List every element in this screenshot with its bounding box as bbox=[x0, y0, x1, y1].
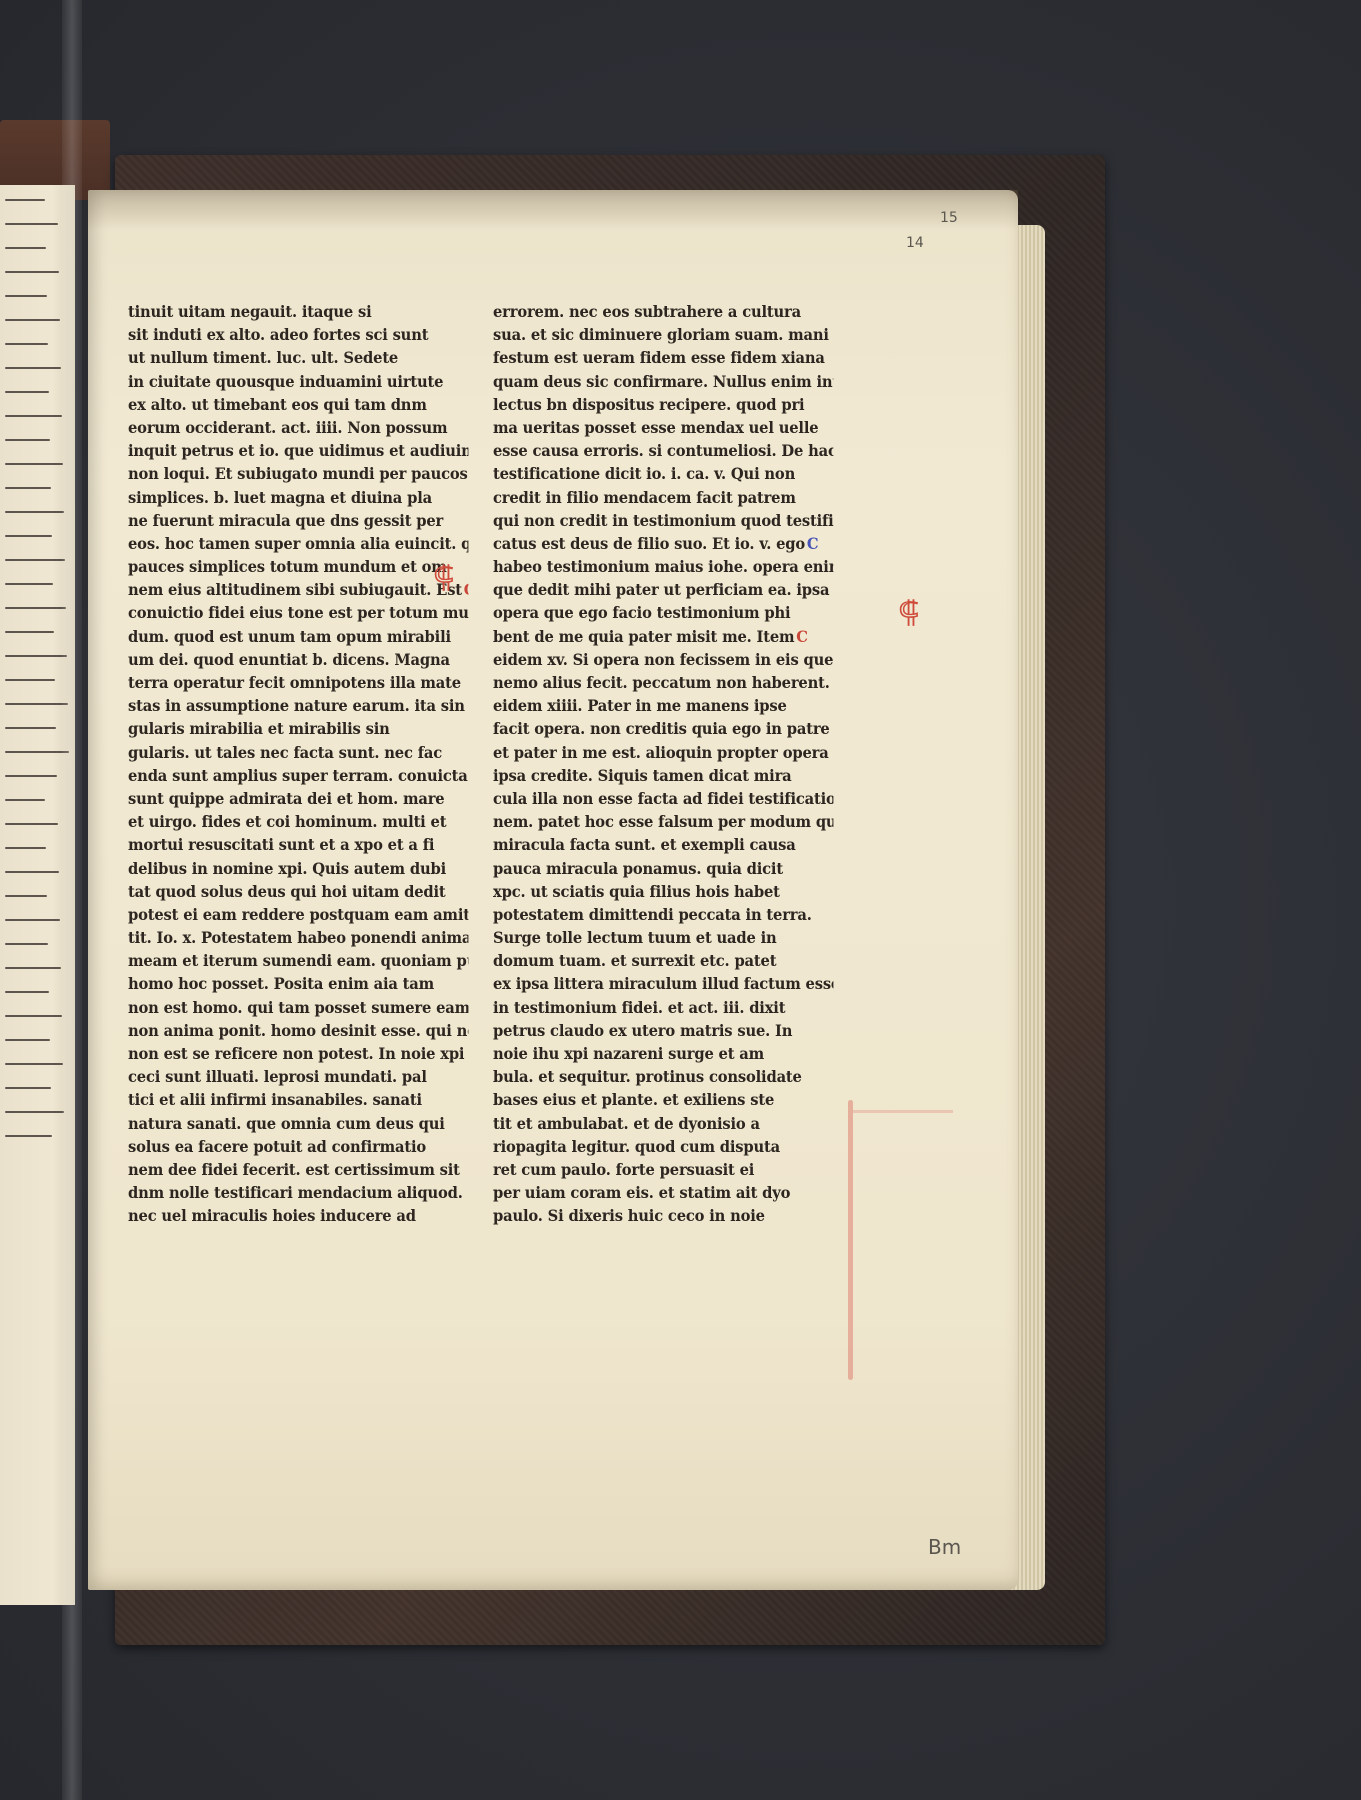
facing-page-text-line bbox=[5, 607, 66, 609]
text-line: opera que ego facio testimonium phi bbox=[493, 601, 833, 624]
facing-page-text-line bbox=[5, 871, 59, 873]
paragraph-initial-blue: C bbox=[805, 532, 820, 555]
text-line: riopagita legitur. quod cum disputa bbox=[493, 1135, 833, 1158]
facing-page-text-line bbox=[5, 895, 47, 897]
text-line: nemo alius fecit. peccatum non haberent.… bbox=[493, 671, 833, 694]
text-line: eos. hoc tamen super omnia alia euincit.… bbox=[128, 532, 468, 555]
text-line: solus ea facere potuit ad confirmatio bbox=[128, 1135, 468, 1158]
text-line: sua. et sic diminuere gloriam suam. mani bbox=[493, 323, 833, 346]
text-line: habeo testimonium maius iohe. opera enim bbox=[493, 555, 833, 578]
paragraph-initial-red: C bbox=[462, 578, 468, 601]
text-line: dnm nolle testificari mendacium aliquod. bbox=[128, 1181, 468, 1204]
glass-plate-edge bbox=[62, 0, 82, 1800]
text-line: noie ihu xpi nazareni surge et am bbox=[493, 1042, 833, 1065]
text-line: um dei. quod enuntiat b. dicens. Magna bbox=[128, 648, 468, 671]
text-line: nem. patet hoc esse falsum per modum quo bbox=[493, 810, 833, 833]
text-line: tat quod solus deus qui hoi uitam dedit bbox=[128, 880, 468, 903]
text-line: xpc. ut sciatis quia filius hois habet bbox=[493, 880, 833, 903]
text-line: pauces simplices totum mundum et om bbox=[128, 555, 468, 578]
facing-page-text-line bbox=[5, 439, 50, 441]
text-line: tici et alii infirmi insanabiles. sanati bbox=[128, 1088, 468, 1111]
paragraph-initial-red: C bbox=[794, 625, 809, 648]
text-line: in ciuitate quousque induamini uirtute bbox=[128, 370, 468, 393]
facing-page-text-line bbox=[5, 943, 48, 945]
facing-page-text-line bbox=[5, 991, 49, 993]
facing-page-text-line bbox=[5, 775, 57, 777]
facing-page-text-line bbox=[5, 631, 54, 633]
text-line: ma ueritas posset esse mendax uel uelle bbox=[493, 416, 833, 439]
right-text-column: errorem. nec eos subtrahere a culturasua… bbox=[493, 300, 863, 1228]
facing-page-text-line bbox=[5, 487, 51, 489]
text-line: natura sanati. que omnia cum deus qui bbox=[128, 1112, 468, 1135]
facing-page-text-line bbox=[5, 823, 58, 825]
text-line: non est se reficere non potest. In noie … bbox=[128, 1042, 468, 1065]
text-line: quam deus sic confirmare. Nullus enim in… bbox=[493, 370, 833, 393]
folio-number-upper: 15 bbox=[940, 210, 958, 226]
text-line: credit in filio mendacem facit patrem bbox=[493, 486, 833, 509]
text-line: que dedit mihi pater ut perficiam ea. ip… bbox=[493, 578, 833, 601]
text-line: tit. Io. x. Potestatem habeo ponendi ani… bbox=[128, 926, 468, 949]
text-line: facit opera. non creditis quia ego in pa… bbox=[493, 717, 833, 740]
text-line: pauca miracula ponamus. quia dicit bbox=[493, 857, 833, 880]
text-line: eidem xiiii. Pater in me manens ipse bbox=[493, 694, 833, 717]
text-line: ipsa credite. Siquis tamen dicat mira bbox=[493, 764, 833, 787]
text-line: bent de me quia pater misit me. ItemC bbox=[493, 625, 833, 648]
facing-page-text-line bbox=[5, 343, 48, 345]
facing-page-text-line bbox=[5, 223, 58, 225]
text-line: inquit petrus et io. que uidimus et audi… bbox=[128, 439, 468, 462]
facing-page-text-line bbox=[5, 967, 61, 969]
text-line: ex ipsa littera miraculum illud factum e… bbox=[493, 972, 833, 995]
facing-page-text-line bbox=[5, 271, 59, 273]
text-line: tit et ambulabat. et de dyonisio a bbox=[493, 1112, 833, 1135]
facing-page-text-line bbox=[5, 751, 69, 753]
text-line: catus est deus de filio suo. Et io. v. e… bbox=[493, 532, 833, 555]
shelf-mark: Bm bbox=[928, 1535, 961, 1559]
text-line: ceci sunt illuati. leprosi mundati. pal bbox=[128, 1065, 468, 1088]
text-line-content: bent de me quia pater misit me. Item bbox=[493, 627, 794, 646]
text-line: enda sunt amplius super terram. conuicta bbox=[128, 764, 468, 787]
text-line: eorum occiderant. act. iiii. Non possum bbox=[128, 416, 468, 439]
facing-page-text-line bbox=[5, 295, 47, 297]
text-line: Surge tolle lectum tuum et uade in bbox=[493, 926, 833, 949]
text-line: per uiam coram eis. et statim ait dyo bbox=[493, 1181, 833, 1204]
facing-page-text-line bbox=[5, 727, 56, 729]
text-line: domum tuam. et surrexit etc. patet bbox=[493, 949, 833, 972]
text-line: dum. quod est unum tam opum mirabili bbox=[128, 625, 468, 648]
text-line: miracula facta sunt. et exempli causa bbox=[493, 833, 833, 856]
text-line: tinuit uitam negauit. itaque si bbox=[128, 300, 468, 323]
text-line: potest ei eam reddere postquam eam amit bbox=[128, 903, 468, 926]
facing-page-text-line bbox=[5, 1111, 64, 1113]
text-line: potestatem dimittendi peccata in terra. bbox=[493, 903, 833, 926]
text-line: non anima ponit. homo desinit esse. qui … bbox=[128, 1019, 468, 1042]
text-line: gularis mirabilia et mirabilis sin bbox=[128, 717, 468, 740]
red-guide-stroke bbox=[848, 1100, 853, 1380]
text-line: conuictio fidei eius tone est per totum … bbox=[128, 601, 468, 624]
facing-page-text-line bbox=[5, 391, 49, 393]
facing-page-text-line bbox=[5, 319, 60, 321]
facing-page-text-line bbox=[5, 535, 52, 537]
facing-page-text-line bbox=[5, 583, 53, 585]
facing-page-text-line bbox=[5, 799, 45, 801]
facing-page-text-line bbox=[5, 1015, 62, 1017]
text-line: mortui resuscitati sunt et a xpo et a fi bbox=[128, 833, 468, 856]
text-line: nec uel miraculis hoies inducere ad bbox=[128, 1204, 468, 1227]
text-line: simplices. b. luet magna et diuina pla bbox=[128, 486, 468, 509]
text-line-content: nem eius altitudinem sibi subiugauit. Es… bbox=[128, 580, 462, 599]
facing-page-text-line bbox=[5, 1135, 52, 1137]
red-flourish-right: ⸿ bbox=[898, 590, 919, 631]
text-line: in testimonium fidei. et act. iii. dixit bbox=[493, 996, 833, 1019]
red-guide-stroke-horizontal bbox=[853, 1110, 953, 1113]
left-text-column: tinuit uitam negauit. itaque sisit indut… bbox=[128, 300, 498, 1228]
facing-page-text-line bbox=[5, 1087, 51, 1089]
text-line: ut nullum timent. luc. ult. Sedete bbox=[128, 346, 468, 369]
text-line: sunt quippe admirata dei et hom. mare bbox=[128, 787, 468, 810]
text-line: et uirgo. fides et coi hominum. multi et bbox=[128, 810, 468, 833]
text-line: ex alto. ut timebant eos qui tam dnm bbox=[128, 393, 468, 416]
manuscript-page: 15 14 Bm tinuit uitam negauit. itaque si… bbox=[88, 190, 1018, 1590]
text-line-content: catus est deus de filio suo. Et io. v. e… bbox=[493, 534, 805, 553]
text-line: festum est ueram fidem esse fidem xiana bbox=[493, 346, 833, 369]
facing-page-text-line bbox=[5, 415, 62, 417]
text-line: nem dee fidei fecerit. est certissimum s… bbox=[128, 1158, 468, 1181]
text-line: petrus claudo ex utero matris sue. In bbox=[493, 1019, 833, 1042]
facing-page-text-line bbox=[5, 679, 55, 681]
text-line: non loqui. Et subiugato mundi per paucos bbox=[128, 462, 468, 485]
text-line: paulo. Si dixeris huic ceco in noie bbox=[493, 1204, 833, 1227]
facing-page-text-line bbox=[5, 199, 45, 201]
facing-page-text-line bbox=[5, 703, 68, 705]
facing-page-text-line bbox=[5, 655, 67, 657]
text-line: ret cum paulo. forte persuasit ei bbox=[493, 1158, 833, 1181]
facing-page-text-line bbox=[5, 847, 46, 849]
text-line: lectus bn dispositus recipere. quod pri bbox=[493, 393, 833, 416]
facing-page-text-line bbox=[5, 511, 64, 513]
text-line: non est homo. qui tam posset sumere eam bbox=[128, 996, 468, 1019]
text-line: meam et iterum sumendi eam. quoniam pure bbox=[128, 949, 468, 972]
text-line: nem eius altitudinem sibi subiugauit. Es… bbox=[128, 578, 468, 601]
folio-number-lower: 14 bbox=[906, 235, 924, 251]
red-flourish-left: ⸿ bbox=[433, 555, 454, 596]
facing-page-text-line bbox=[5, 367, 61, 369]
text-line: sit induti ex alto. adeo fortes sci sunt bbox=[128, 323, 468, 346]
text-line: gularis. ut tales nec facta sunt. nec fa… bbox=[128, 741, 468, 764]
text-line: homo hoc posset. Posita enim aia tam bbox=[128, 972, 468, 995]
facing-page-text-line bbox=[5, 463, 63, 465]
text-line: qui non credit in testimonium quod testi… bbox=[493, 509, 833, 532]
text-line: delibus in nomine xpi. Quis autem dubi bbox=[128, 857, 468, 880]
text-line: testificatione dicit io. i. ca. v. Qui n… bbox=[493, 462, 833, 485]
text-line: stas in assumptione nature earum. ita si… bbox=[128, 694, 468, 717]
text-line: et pater in me est. alioquin propter ope… bbox=[493, 741, 833, 764]
facing-page-text-line bbox=[5, 559, 65, 561]
facing-page-text-line bbox=[5, 1039, 50, 1041]
text-line: cula illa non esse facta ad fidei testif… bbox=[493, 787, 833, 810]
text-line: ne fuerunt miracula que dns gessit per bbox=[128, 509, 468, 532]
text-line: eidem xv. Si opera non fecissem in eis q… bbox=[493, 648, 833, 671]
text-line: bases eius et plante. et exiliens ste bbox=[493, 1088, 833, 1111]
facing-page-text-line bbox=[5, 1063, 63, 1065]
facing-page-text-line bbox=[5, 247, 46, 249]
facing-page-text-line bbox=[5, 919, 60, 921]
text-line: esse causa erroris. si contumeliosi. De … bbox=[493, 439, 833, 462]
text-line: errorem. nec eos subtrahere a cultura bbox=[493, 300, 833, 323]
text-line: terra operatur fecit omnipotens illa mat… bbox=[128, 671, 468, 694]
text-line: bula. et sequitur. protinus consolidate bbox=[493, 1065, 833, 1088]
